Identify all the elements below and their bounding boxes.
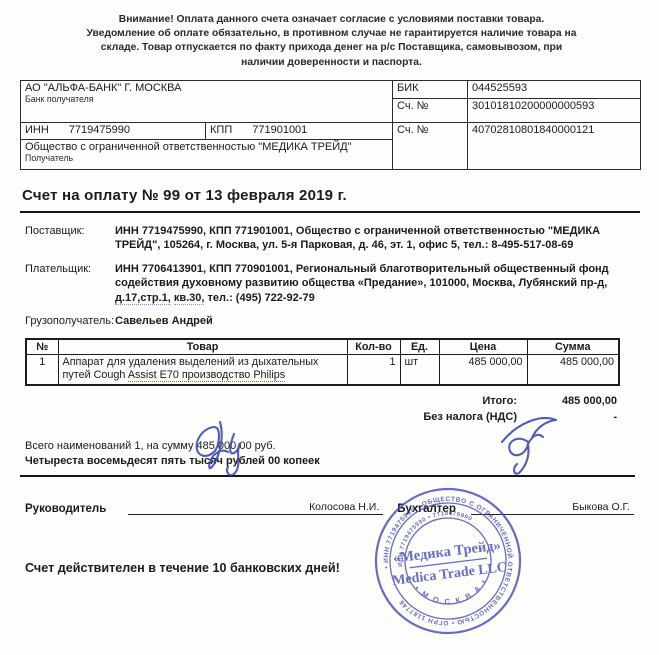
vat-value: - — [517, 410, 617, 426]
total-row: Итого: 485 000,00 — [0, 394, 617, 410]
consignee-row: Грузополучатель: Савельев Андрей — [25, 314, 631, 329]
payer-value: ИНН 7706413901, КПП 770901001, Региональ… — [115, 262, 631, 306]
vat-row: Без налога (НДС) - — [0, 410, 617, 426]
totals-section: Итого: 485 000,00 Без налога (НДС) - — [0, 394, 617, 426]
summary-section: Всего наименований 1, на сумму 485 000,0… — [25, 439, 659, 470]
col-num: № — [26, 339, 58, 355]
director-signature-line: Колосова Н.И. — [128, 501, 383, 515]
payment-warning-text: Внимание! Оплата данного счета означает … — [84, 13, 579, 70]
stamp-moscow-text: • М О С К В А • — [412, 575, 491, 610]
col-price: Цена — [439, 339, 527, 355]
summary-count-line: Всего наименований 1, на сумму 485 000,0… — [25, 439, 659, 454]
invoice-title: Счет на оплату № 99 от 13 февраля 2019 г… — [22, 187, 659, 204]
inn-value: 7719475990 — [69, 124, 130, 136]
kpp-value: 771901001 — [252, 124, 307, 136]
summary-words-line: Четыреста восемьдесят пять тысяч рублей … — [25, 454, 659, 469]
consignee-label: Грузополучатель: — [25, 314, 115, 329]
bank-name: АО "АЛЬФА-БАНК" Г. МОСКВА — [25, 82, 388, 94]
payer-row: Плательщик: ИНН 7706413901, КПП 77090100… — [25, 262, 631, 306]
account-label: Сч. № — [393, 122, 468, 169]
accountant-name: Быкова О.Г. — [572, 501, 630, 513]
item-price: 485 000,00 — [439, 354, 527, 384]
payer-label: Плательщик: — [25, 262, 115, 306]
item-name-underlined: Assist E70 производство Philips — [128, 369, 285, 382]
parties-section: Поставщик: ИНН 7719475990, КПП 771901001… — [25, 224, 631, 329]
col-product: Товар — [58, 339, 347, 355]
signature-separator-rule — [20, 475, 635, 477]
col-unit: Ед. — [400, 339, 439, 355]
validity-note: Счет действителен в течение 10 банковски… — [25, 561, 659, 575]
account-value: 40702810801840000121 — [468, 122, 641, 169]
col-qty: Кол-во — [347, 339, 400, 355]
corr-account-label: Сч. № — [393, 98, 468, 122]
bank-name-cell: АО "АЛЬФА-БАНК" Г. МОСКВА Банк получател… — [21, 80, 393, 122]
kpp-cell: КПП771901001 — [206, 122, 393, 139]
table-row: 1 Аппарат для удаления выделений из дыха… — [26, 354, 619, 384]
item-name: Аппарат для удаления выделений из дыхате… — [58, 354, 347, 384]
payer-text: ИНН 7706413901, КПП 770901001, Региональ… — [115, 263, 609, 290]
corr-account-value: 30101810200000000593 — [468, 98, 641, 122]
total-label: Итого: — [482, 394, 517, 410]
items-table: № Товар Кол-во Ед. Цена Сумма 1 Аппарат … — [25, 338, 620, 386]
payer-phone: тел.: (495) 722-92-79 — [204, 292, 314, 304]
kpp-label: КПП — [210, 124, 232, 136]
accountant-signature-line: Быкова О.Г. — [471, 501, 634, 515]
supplier-value: ИНН 7719475990, КПП 771901001, Общество … — [115, 224, 631, 253]
bik-label: БИК — [393, 80, 468, 98]
payer-address-underlined-1: д.17,стр.1, — [115, 292, 171, 305]
director-label: Руководитель — [25, 503, 106, 515]
title-rule — [20, 211, 640, 213]
accountant-label: Бухгалтер — [397, 503, 456, 515]
bank-caption: Банк получателя — [25, 94, 388, 104]
recipient-caption: Получатель — [25, 153, 388, 163]
supplier-row: Поставщик: ИНН 7719475990, КПП 771901001… — [25, 224, 631, 253]
recipient-company: Общество с ограниченной ответственностью… — [25, 141, 388, 153]
inn-label: ИНН — [25, 124, 49, 136]
item-sum: 485 000,00 — [527, 354, 619, 384]
supplier-label: Поставщик: — [25, 224, 115, 253]
item-qty: 1 — [347, 354, 400, 384]
signatures-section: Руководитель Колосова Н.И. Бухгалтер Бык… — [25, 493, 659, 515]
total-value: 485 000,00 — [517, 394, 617, 410]
bik-value: 044525593 — [468, 80, 641, 98]
payer-address-underlined-2: кв.30, — [174, 292, 205, 305]
item-num: 1 — [26, 354, 58, 384]
items-header-row: № Товар Кол-во Ед. Цена Сумма — [26, 339, 619, 355]
recipient-cell: Общество с ограниченной ответственностью… — [21, 139, 393, 169]
director-name: Колосова Н.И. — [309, 501, 379, 513]
vat-label: Без налога (НДС) — [423, 410, 517, 426]
consignee-value: Савельев Андрей — [115, 314, 631, 329]
stamp-inner-ring-text: ИНН 7719475990 • 7719475990 — [392, 508, 478, 568]
bank-details-table: АО "АЛЬФА-БАНК" Г. МОСКВА Банк получател… — [20, 80, 641, 170]
item-unit: шт — [400, 354, 439, 384]
col-sum: Сумма — [527, 339, 619, 355]
invoice-document: Внимание! Оплата данного счета означает … — [0, 13, 659, 575]
inn-cell: ИНН7719475990 — [21, 122, 206, 139]
